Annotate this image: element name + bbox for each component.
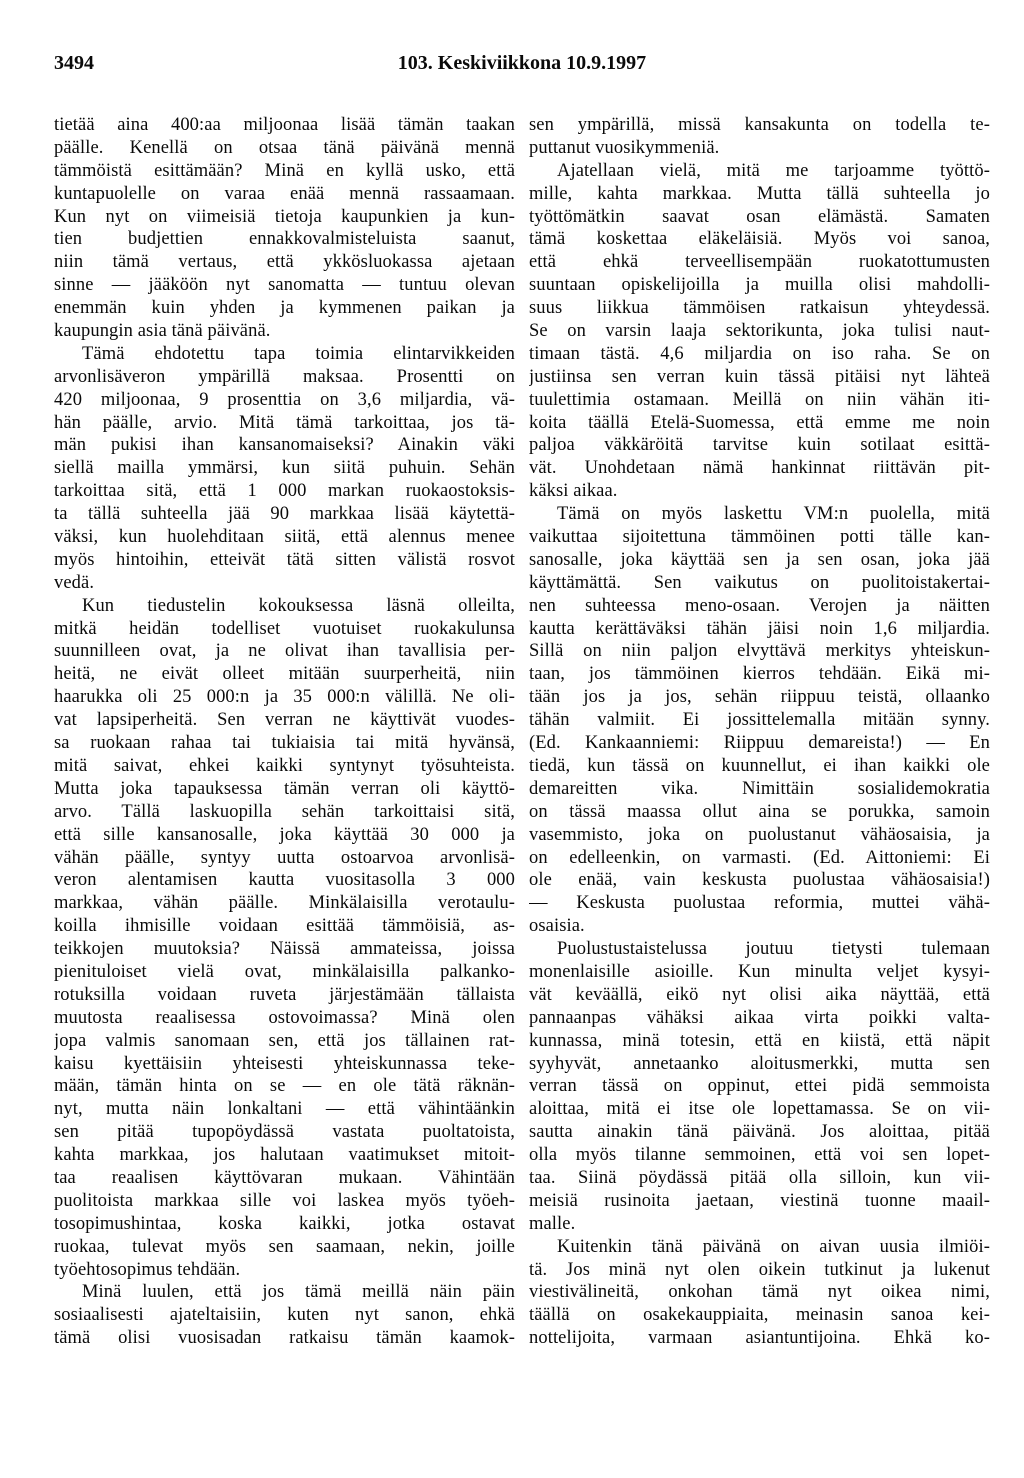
text-line: demareitten vika. Nimittäin sosialidemok… (529, 778, 990, 801)
text-line: vät. Unohdetaan nämä hankinnat riittävän… (529, 457, 990, 480)
text-line: vät keväällä, eikö nyt olisi aika näyttä… (529, 984, 990, 1007)
text-line: enemmän kuin yhden ja kymmenen paikan ja (54, 297, 515, 320)
document-body: tietää aina 400:aa miljoonaa lisää tämän… (54, 114, 990, 1350)
paragraph: Kuitenkin tänä päivänä on aivan uusia il… (529, 1236, 990, 1350)
text-line: hän päälle, arvio. Mitä tämä tarkoittaa,… (54, 412, 515, 435)
text-line: arvo. Tällä laskuopilla sehän tarkoittai… (54, 801, 515, 824)
text-line: mille, kahta markkaa. Mutta tällä suhtee… (529, 183, 990, 206)
text-line: Puolustustaistelussa joutuu tietysti tul… (529, 938, 990, 961)
paragraph: Puolustustaistelussa joutuu tietysti tul… (529, 938, 990, 1236)
paragraph: Tämä ehdotettu tapa toimia elintarvikkei… (54, 343, 515, 595)
text-line: tien budjettien ennakkovalmisteluista sa… (54, 228, 515, 251)
text-line: puolitoista markkaa sille voi laskea myö… (54, 1190, 515, 1213)
text-line: päälle. Kenellä on otsaa tänä päivänä me… (54, 137, 515, 160)
text-line: tosopimushintaa, koska kaikki, jotka ost… (54, 1213, 515, 1236)
text-line: vat lapsiperheitä. Sen verran ne käyttiv… (54, 709, 515, 732)
text-line: kunnassa, minä totesin, että en kiistä, … (529, 1030, 990, 1053)
text-line: vähän päälle, syntyy uutta ostoarvoa arv… (54, 847, 515, 870)
text-line: pienituloiset vielä ovat, minkälaisilla … (54, 961, 515, 984)
text-line: markkaa, vähän päälle. Minkälaisilla ver… (54, 892, 515, 915)
right-column: sen ympärillä, missä kansakunta on todel… (529, 114, 990, 1350)
text-line: sen ympärillä, missä kansakunta on todel… (529, 114, 990, 137)
text-line: tiedä, kun tässä on kuunnellut, ei ihan … (529, 755, 990, 778)
text-line: ruokaa, tulevat myös sen saamaan, nekin,… (54, 1236, 515, 1259)
text-line: siellä mailla ymmärsi, kun siitä puhuin.… (54, 457, 515, 480)
text-line: nyt, mutta näin lonkaltani — että vähint… (54, 1098, 515, 1121)
left-column: tietää aina 400:aa miljoonaa lisää tämän… (54, 114, 515, 1350)
text-line: muutosta reaalisessa ostovoimassa? Minä … (54, 1007, 515, 1030)
paragraph: Minä luulen, että jos tämä meillä näin p… (54, 1281, 515, 1350)
text-line: suunnilleen ovat, ja ne olivat ihan tava… (54, 640, 515, 663)
text-line: käyttämättä. Sen vaikutus on puolitoista… (529, 572, 990, 595)
text-line: Mutta joka tapauksessa tämän verran oli … (54, 778, 515, 801)
text-line: kahta markkaa, jos halutaan vaatimukset … (54, 1144, 515, 1167)
text-line: tähän valmiit. Ei jossittelemalla mitään… (529, 709, 990, 732)
text-line: Minä luulen, että jos tämä meillä näin p… (54, 1281, 515, 1304)
text-line: meisiä rusinoita jaetaan, viestinä tuonn… (529, 1190, 990, 1213)
text-line: heitä, ne eivät olleet mitään suurperhei… (54, 663, 515, 686)
text-line: työehtosopimus tehdään. (54, 1259, 515, 1282)
text-line: suuntaan opiskelijoilla ja muilla olisi … (529, 274, 990, 297)
text-line: tään jos ja jos, sehän riippuu teistä, o… (529, 686, 990, 709)
text-line: ta tällä suhteella jää 90 markkaa lisää … (54, 503, 515, 526)
text-line: justiinsa sen verran kuin tässä pitäisi … (529, 366, 990, 389)
text-line: taa. Siinä pöydässä pitää olla silloin, … (529, 1167, 990, 1190)
text-line: Kun nyt on viimeisiä tietoja kaupunkien … (54, 206, 515, 229)
paragraph: Kun tiedustelin kokouksessa läsnä olleil… (54, 595, 515, 1282)
text-line: täällä on osakekauppiaita, meinasin sano… (529, 1304, 990, 1327)
text-line: tämmöistä esittämään? Minä en kyllä usko… (54, 160, 515, 183)
text-line: tarkoittaa sitä, että 1 000 markan ruoka… (54, 480, 515, 503)
text-line: puttanut vuosikymmeniä. (529, 137, 990, 160)
text-line: syyhyvät, annetaanko aloitusmerkki, mutt… (529, 1053, 990, 1076)
text-line: on edelleenkin, on varmasti. (Ed. Aitton… (529, 847, 990, 870)
text-line: osaisia. (529, 915, 990, 938)
text-line: verran tässä on oppinut, ettei pidä semm… (529, 1075, 990, 1098)
paragraph: Ajatellaan vielä, mitä me tarjoamme työt… (529, 160, 990, 503)
text-line: koilla ihmisille voidaan esittää tämmöis… (54, 915, 515, 938)
text-line: — Keskusta puolustaa reformia, muttei vä… (529, 892, 990, 915)
text-line: sa ruokaan rahaa tai tukiaisia tai mitä … (54, 732, 515, 755)
text-line: myös hintoihin, etteivät tätä sitten väl… (54, 549, 515, 572)
text-line: käksi aikaa. (529, 480, 990, 503)
text-line: kaupungin asia tänä päivänä. (54, 320, 515, 343)
text-line: sinne — jääköön nyt sanomatta — tuntuu o… (54, 274, 515, 297)
text-line: nottelijoita, varmaan asiantuntijoina. E… (529, 1327, 990, 1350)
text-line: nen suhteessa meno-osaan. Verojen ja näi… (529, 595, 990, 618)
text-line: sautta ainakin tänä päivänä. Jos aloitta… (529, 1121, 990, 1144)
text-line: Ajatellaan vielä, mitä me tarjoamme työt… (529, 160, 990, 183)
session-header-title: 103. Keskiviikkona 10.9.1997 (54, 52, 990, 75)
paragraph: sen ympärillä, missä kansakunta on todel… (529, 114, 990, 160)
text-line: koita täällä Etelä-Suomessa, että emme m… (529, 412, 990, 435)
text-line: paljoa väkkäröitä tarvitse kuin sotilaat… (529, 434, 990, 457)
text-line: timaan tästä. 4,6 miljardia on iso raha.… (529, 343, 990, 366)
text-line: niin tämä vertaus, että ykkösluokassa aj… (54, 251, 515, 274)
text-line: tämä koskettaa eläkeläisiä. Myös voi san… (529, 228, 990, 251)
text-line: olla myös tilanne semmoinen, että voi se… (529, 1144, 990, 1167)
text-line: kaisu kyettäisiin yhteisesti yhteiskunna… (54, 1053, 515, 1076)
text-line: män pukisi ihan kansanomaiseksi? Ainakin… (54, 434, 515, 457)
text-line: Sillä on niin paljon elvyttävä merkitys … (529, 640, 990, 663)
text-line: Tämä ehdotettu tapa toimia elintarvikkei… (54, 343, 515, 366)
text-line: sosiaalisesti ajateltaisiin, kuten nyt s… (54, 1304, 515, 1327)
text-line: ole enää, vain keskusta puolustaa vähäos… (529, 869, 990, 892)
text-line: arvonlisäveron ympärillä maksaa. Prosent… (54, 366, 515, 389)
paragraph: tietää aina 400:aa miljoonaa lisää tämän… (54, 114, 515, 343)
text-line: Kun tiedustelin kokouksessa läsnä olleil… (54, 595, 515, 618)
text-line: 420 miljoonaa, 9 prosenttia on 3,6 milja… (54, 389, 515, 412)
text-line: Kuitenkin tänä päivänä on aivan uusia il… (529, 1236, 990, 1259)
text-line: taan, jos tämmöinen kierros tehdään. Eik… (529, 663, 990, 686)
text-line: rotuksilla voidaan ruveta järjestämään t… (54, 984, 515, 1007)
text-line: vedä. (54, 572, 515, 595)
text-line: aloittaa, mitä ei itse ole lopettamassa.… (529, 1098, 990, 1121)
text-line: että ehkä terveellisempään ruokatottumus… (529, 251, 990, 274)
text-line: tämä olisi vuosisadan ratkaisu tämän kaa… (54, 1327, 515, 1350)
text-line: tä. Jos minä nyt olen oikein tutkinut ja… (529, 1259, 990, 1282)
text-line: mitä saivat, ehkei kaikki syntynyt työsu… (54, 755, 515, 778)
text-line: kuntapuolelle on varaa enää mennä rassaa… (54, 183, 515, 206)
text-line: haarukka oli 25 000:n ja 35 000:n välill… (54, 686, 515, 709)
text-line: veron alentamisen kautta vuositasolla 3 … (54, 869, 515, 892)
paragraph: Tämä on myös laskettu VM:n puolella, mit… (529, 503, 990, 938)
text-line: vasemmisto, joka on puolustanut vähäosai… (529, 824, 990, 847)
text-line: että sille kansanosalle, joka käyttää 30… (54, 824, 515, 847)
text-line: on tässä maassa ollut aina se porukka, s… (529, 801, 990, 824)
page-header: 3494 103. Keskiviikkona 10.9.1997 (54, 52, 990, 80)
text-line: jopa valmis sanomaan sen, että jos tälla… (54, 1030, 515, 1053)
text-line: mään, tämän hinta on se — en ole tätä rä… (54, 1075, 515, 1098)
text-line: työttömätkin saavat osan elämästä. Samat… (529, 206, 990, 229)
text-line: kautta kerättäväksi tähän jäisi noin 1,6… (529, 618, 990, 641)
text-line: Tämä on myös laskettu VM:n puolella, mit… (529, 503, 990, 526)
text-line: suus liikkua tämmöisen ratkaisun yhteyde… (529, 297, 990, 320)
text-line: viestivälineitä, onkohan tämä nyt oikea … (529, 1281, 990, 1304)
text-line: vaikuttaa sijoitettuna tämmöinen potti t… (529, 526, 990, 549)
text-line: väksi, kun huolehditaan siitä, että alen… (54, 526, 515, 549)
text-line: monenlaisille asioille. Kun minulta velj… (529, 961, 990, 984)
text-line: taa reaalisen käyttövaran mukaan. Vähint… (54, 1167, 515, 1190)
text-line: tietää aina 400:aa miljoonaa lisää tämän… (54, 114, 515, 137)
text-line: tuulettimia ostamaan. Meillä on niin väh… (529, 389, 990, 412)
text-line: malle. (529, 1213, 990, 1236)
text-line: sanosalle, joka käyttää sen ja sen osan,… (529, 549, 990, 572)
text-line: (Ed. Kankaanniemi: Riippuu demareista!) … (529, 732, 990, 755)
text-line: teikkojen muutoksia? Näissä ammateissa, … (54, 938, 515, 961)
text-line: sen pitää tupopöydässä vastata puoltatoi… (54, 1121, 515, 1144)
text-line: Se on varsin laaja sektorikunta, joka tu… (529, 320, 990, 343)
text-line: mitkä heidän todelliset vuotuiset ruokak… (54, 618, 515, 641)
text-line: pannaanpas vähäksi aikaa virta poikki va… (529, 1007, 990, 1030)
